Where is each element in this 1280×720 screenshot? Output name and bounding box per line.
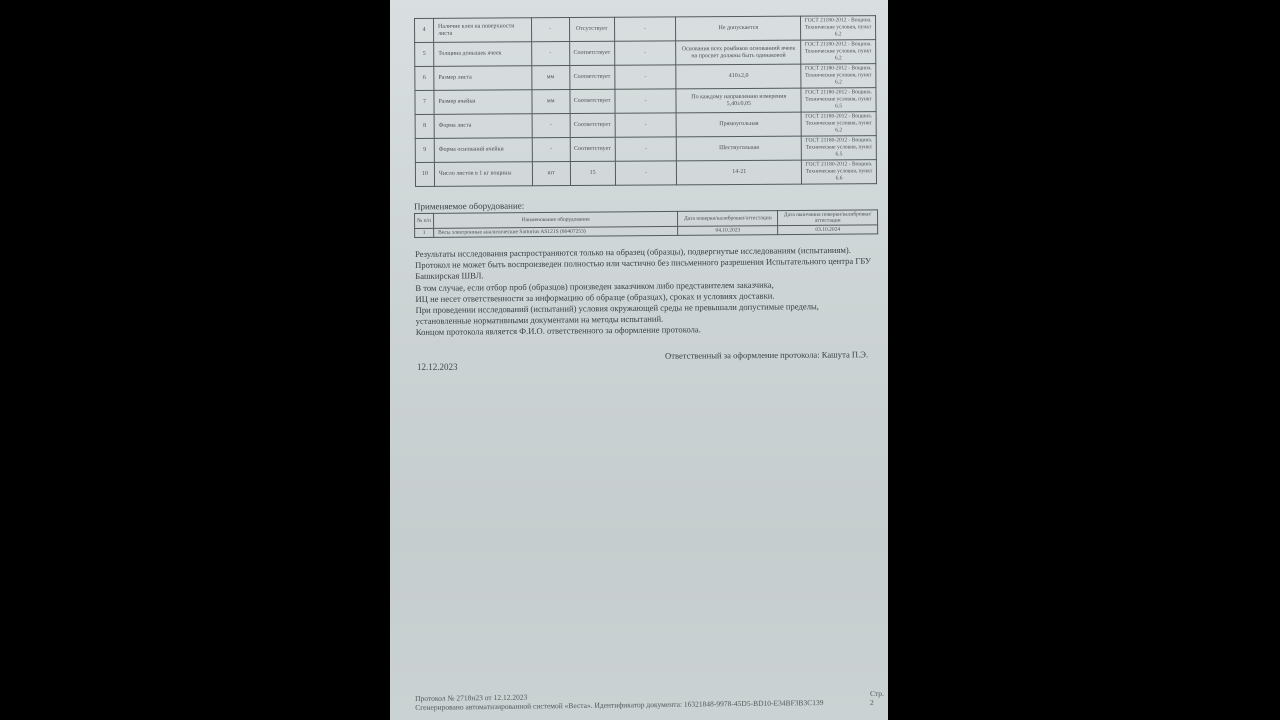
notes-block: Результаты исследования распространяются… — [415, 245, 876, 339]
table-row: 9Форма оснований ячейки-Соответствует-Ше… — [415, 136, 876, 163]
document-page: 4Наличие клея на поверхности листа-Отсут… — [390, 0, 888, 720]
cell-standard: ГОСТ 21180-2012 - Вощина. Технические ус… — [801, 64, 876, 88]
cell-result: Соответствует — [570, 89, 615, 113]
cell-name: Размер ячейки — [434, 90, 532, 115]
cell-result: Соответствует — [570, 113, 615, 137]
cell-num: 9 — [415, 138, 434, 162]
cell-requirement: Шестиугольная — [677, 136, 802, 161]
responsible-person: Ответственный за оформление протокола: К… — [665, 349, 868, 360]
cell-unit: мм — [532, 66, 570, 90]
cell-result: Соответствует — [569, 41, 614, 65]
cell-unit: - — [531, 18, 569, 42]
results-table: 4Наличие клея на поверхности листа-Отсут… — [414, 15, 877, 187]
equipment-title: Применяемое оборудование: — [414, 201, 524, 212]
cell-dash: - — [614, 17, 676, 41]
cell-requirement: Прямоугольная — [676, 112, 801, 137]
cell-name: Размер листа — [434, 66, 532, 91]
cell-result: 15 — [570, 161, 615, 185]
cell-result: Соответствует — [570, 137, 615, 161]
equipment-header-num: № п/п — [415, 213, 434, 228]
table-row: 7Размер ячейкиммСоответствует-По каждому… — [415, 88, 876, 115]
cell-result: Отсутствует — [569, 17, 614, 41]
cell-standard: ГОСТ 21180-2012 - Вощина. Технические ус… — [801, 160, 876, 184]
table-row: 6Размер листаммСоответствует-410±2,0ГОСТ… — [415, 64, 876, 91]
cell-name: Толщина донышек ячеек — [434, 42, 532, 67]
cell-name: Число листов в 1 кг вощины — [434, 162, 532, 187]
cell-requirement: 410±2,0 — [676, 64, 801, 89]
cell-requirement: По каждому направлению измерения 5,40±0,… — [676, 88, 801, 113]
equipment-date: 04.10.2023 — [678, 226, 778, 236]
cell-num: 8 — [415, 114, 434, 138]
cell-dash: - — [615, 137, 677, 161]
cell-dash: - — [614, 41, 676, 65]
cell-num: 4 — [415, 18, 434, 42]
cell-dash: - — [614, 65, 676, 89]
equipment-header-end-date: Дата окончания поверки/калибровки/аттест… — [778, 210, 878, 226]
equipment-end-date: 03.10.2024 — [778, 225, 878, 235]
cell-num: 6 — [415, 66, 434, 90]
equipment-num: 1 — [415, 228, 434, 237]
equipment-table: № п/п Наименование оборудования Дата пов… — [414, 209, 878, 238]
table-row: 4Наличие клея на поверхности листа-Отсут… — [415, 16, 876, 43]
cell-unit: шт — [532, 162, 570, 186]
signature-date: 12.12.2023 — [417, 362, 458, 372]
cell-name: Наличие клея на поверхности листа — [433, 18, 531, 43]
cell-num: 10 — [415, 162, 434, 186]
footer: Протокол № 2718н23 от 12.12.2023 Сгенери… — [415, 689, 824, 712]
cell-standard: ГОСТ 21180-2012 - Вощина. Технические ус… — [801, 88, 876, 112]
cell-result: Соответствует — [569, 65, 614, 89]
cell-dash: - — [615, 113, 677, 137]
cell-unit: мм — [532, 90, 570, 114]
cell-requirement: Не допускается — [676, 16, 801, 41]
equipment-header-date: Дата поверки/калибровки/аттестации — [678, 211, 778, 227]
cell-standard: ГОСТ 21180-2012 - Вощина. Технические ус… — [801, 136, 876, 160]
cell-dash: - — [615, 89, 677, 113]
cell-unit: - — [532, 114, 570, 138]
cell-name: Форма оснований ячейки — [434, 138, 532, 163]
table-row: 10Число листов в 1 кг вощинышт15-14-21ГО… — [415, 160, 876, 187]
equipment-name: Весы электронные аналитические Sartorius… — [434, 226, 678, 237]
table-row: 8Форма листа-Соответствует-Прямоугольная… — [415, 112, 876, 139]
cell-unit: - — [531, 42, 569, 66]
cell-standard: ГОСТ 21180-2012 - Вощина. Технические ус… — [801, 112, 876, 136]
cell-requirement: Основания всех ромбиков основаниий ячеек… — [676, 40, 801, 65]
cell-standard: ГОСТ 21180-2012 - Вощина. Технические ус… — [801, 16, 876, 40]
cell-requirement: 14-21 — [677, 160, 802, 185]
cell-standard: ГОСТ 21180-2012 - Вощина. Технические ус… — [801, 40, 876, 64]
cell-name: Форма листа — [434, 114, 532, 139]
cell-num: 5 — [415, 42, 434, 66]
cell-num: 7 — [415, 90, 434, 114]
cell-unit: - — [532, 138, 570, 162]
page-number: Стр. 2 — [870, 689, 888, 707]
cell-dash: - — [615, 161, 677, 185]
table-row: 5Толщина донышек ячеек-Соответствует-Осн… — [415, 40, 876, 67]
